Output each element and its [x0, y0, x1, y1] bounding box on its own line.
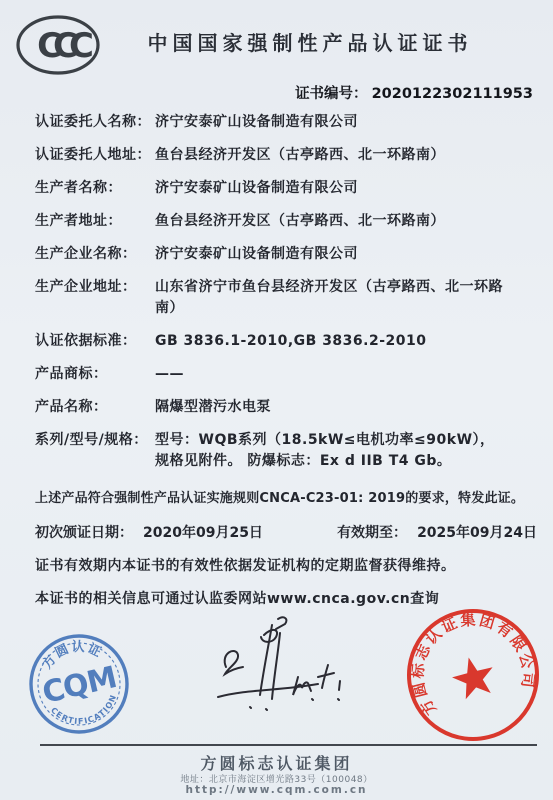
field-row-producer-name: 生产者名称： 济宁安泰矿山设备制造有限公司 [35, 178, 537, 199]
dates-row: 初次颁证日期：2020年09月25日 有效期至：2025年09月24日 [35, 522, 537, 542]
footer-url: http://www.cqm.com.cn [0, 784, 553, 796]
field-label: 产品名称： [35, 397, 155, 418]
field-label: 生产企业名称： [35, 244, 155, 265]
ccc-mark-text: CCC [37, 26, 92, 66]
certificate-body: 认证委托人名称： 济宁安泰矿山设备制造有限公司 认证委托人地址： 鱼台县经济开发… [35, 112, 537, 608]
field-row-factory-address: 生产企业地址： 山东省济宁市鱼台县经济开发区（古亭路西、北一环路南） [35, 277, 537, 319]
field-value: 济宁安泰矿山设备制造有限公司 [155, 178, 358, 199]
issue-date: 初次颁证日期：2020年09月25日 [35, 522, 263, 542]
signature-graphic [212, 605, 367, 723]
field-label: 生产者名称： [35, 178, 155, 199]
field-label: 认证委托人地址： [35, 145, 155, 166]
certificate-page: CCC 中国国家强制性产品认证证书 证书编号：2020122302111953 … [0, 0, 553, 800]
field-row-producer-address: 生产者地址： 鱼台县经济开发区（古亭路西、北一环路南） [35, 211, 537, 232]
field-label: 产品商标： [35, 364, 155, 385]
expiry-date-value: 2025年09月24日 [417, 525, 537, 541]
expiry-date-label: 有效期至： [337, 525, 407, 541]
field-value: 济宁安泰矿山设备制造有限公司 [155, 244, 358, 265]
red-stamp-star [448, 652, 498, 701]
field-row-applicant-name: 认证委托人名称： 济宁安泰矿山设备制造有限公司 [35, 112, 537, 133]
field-row-product-name: 产品名称： 隔爆型潜污水电泵 [35, 397, 537, 418]
field-label: 生产企业地址： [35, 277, 155, 319]
field-value: 济宁安泰矿山设备制造有限公司 [155, 112, 358, 133]
field-value: 鱼台县经济开发区（古亭路西、北一环路南） [155, 145, 445, 166]
compliance-statement: 上述产品符合强制性产品认证实施规则CNCA-C23-01: 2019的要求，特发… [35, 489, 537, 508]
field-value: 山东省济宁市鱼台县经济开发区（古亭路西、北一环路南） [155, 277, 507, 319]
red-stamp-text: 方圆标志认证集团有限公司 [402, 604, 543, 720]
validity-statement: 证书有效期内本证书的有效性依据发证机构的定期监督获得维持。 [35, 555, 537, 575]
ccc-logo-graphic: CCC [14, 12, 102, 78]
field-row-model-spec: 系列/型号/规格： 型号：WQB系列（18.5kW≤电机功率≤90kW），规格见… [35, 430, 537, 472]
issue-date-value: 2020年09月25日 [143, 525, 263, 541]
footer-divider [40, 744, 537, 746]
red-stamp-graphic: 方圆标志认证集团有限公司 [402, 604, 544, 746]
field-value: 鱼台县经济开发区（古亭路西、北一环路南） [155, 211, 445, 232]
certificate-number-value: 2020122302111953 [372, 86, 533, 102]
field-value: 型号：WQB系列（18.5kW≤电机功率≤90kW），规格见附件。 防爆标志：E… [155, 430, 507, 472]
field-row-factory-name: 生产企业名称： 济宁安泰矿山设备制造有限公司 [35, 244, 537, 265]
page-title: 中国国家强制性产品认证证书 [90, 27, 530, 56]
cqm-stamp: 方圆认证 CERTIFICATION CQM [26, 628, 132, 744]
field-label: 系列/型号/规格： [35, 430, 155, 472]
field-row-applicant-address: 认证委托人地址： 鱼台县经济开发区（古亭路西、北一环路南） [35, 145, 537, 166]
field-value: —— [155, 364, 184, 385]
red-company-stamp: 方圆标志认证集团有限公司 [402, 604, 544, 750]
field-label: 认证依据标准： [35, 331, 155, 352]
certificate-number: 证书编号：2020122302111953 [295, 82, 533, 103]
certificate-number-label: 证书编号： [295, 86, 368, 102]
expiry-date: 有效期至：2025年09月24日 [337, 522, 537, 542]
field-row-trademark: 产品商标： —— [35, 364, 537, 385]
signature [212, 605, 367, 727]
issue-date-label: 初次颁证日期： [35, 525, 133, 541]
field-value: GB 3836.1-2010,GB 3836.2-2010 [155, 331, 427, 352]
field-row-standards: 认证依据标准： GB 3836.1-2010,GB 3836.2-2010 [35, 331, 537, 352]
svg-text:方圆标志认证集团有限公司: 方圆标志认证集团有限公司 [402, 604, 543, 720]
ccc-logo: CCC [14, 12, 102, 82]
field-label: 认证委托人名称： [35, 112, 155, 133]
field-value: 隔爆型潜污水电泵 [155, 397, 271, 418]
footer-organization: 方圆标志认证集团 [0, 751, 553, 774]
cqm-stamp-graphic: 方圆认证 CERTIFICATION CQM [26, 628, 132, 740]
field-label: 生产者地址： [35, 211, 155, 232]
